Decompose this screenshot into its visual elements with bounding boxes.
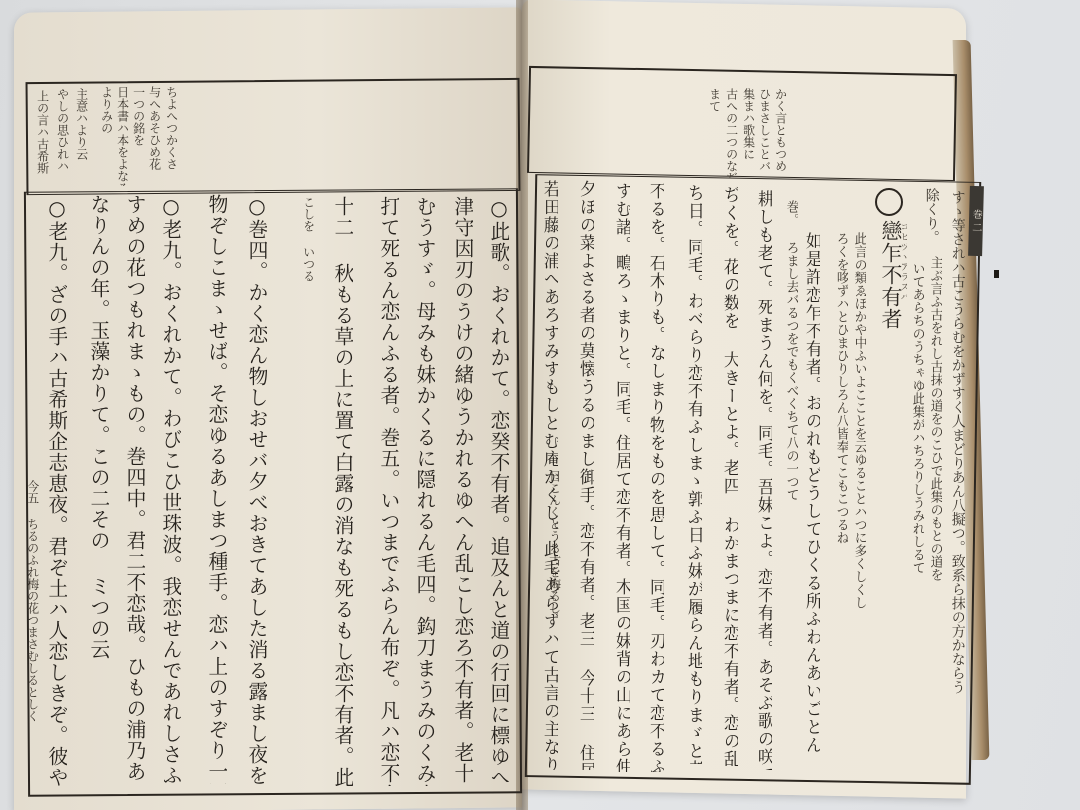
- body-column: すめの花つもれまゝもの。巻四中。君二不恋哉。ひもの浦乃あお: [124, 194, 145, 784]
- body-column: 今五 ちるのふれ梅の花つまさむしるとしく: [26, 480, 39, 780]
- headnote-column: よりみの: [100, 86, 113, 186]
- body-column: 津守因刃のうけの緒ゆうかれるゆへん乱こし恋ろ不有者。老十三。我こひ此而不有者: [452, 196, 473, 784]
- open-book: 巻 二 ちよへつかくさ 与へあそひめ花 一つの銘を 日本書ハ本をよなる よりみの…: [0, 0, 1080, 810]
- body-column: むうすゞ。母みも妹かくるに隠れるん毛四。鈎刀まうみのくみ去。鶴て。斬殺: [414, 196, 435, 786]
- body-column: 日こんくとうる古を悔るし: [548, 470, 561, 670]
- body-column: 此言の類ゑほかや中ふいよこことを云ゆることハつに多くしくし: [852, 232, 866, 712]
- headnote-column: かく言ともつめ: [774, 88, 787, 178]
- body-column: 主ぶ言ふ古をれし古抹の道をのこひで此集のもとの道を: [928, 256, 942, 676]
- body-column: 打て死るん恋んふる者。巻五。いつまでふらん布ぞ。凡ハ恋不有者。死上百毛: [378, 196, 399, 786]
- entry-circle-mark: [875, 188, 903, 216]
- body-column: いてあらちのうちゃゆ此集がハちろりしうみれしるて: [910, 262, 924, 702]
- body-column: 除くり。: [924, 188, 939, 248]
- headnote-column: 上の言ハ古希斯: [36, 90, 49, 190]
- body-column: ○老九。おくれかて。わびこひ世珠波。我恋せんであれしさふ吉書書き: [160, 194, 181, 784]
- headnote-column: 一つの銘を: [132, 86, 145, 186]
- body-column: ぢくを。花の数を 大きーとよ。老四 わかまつまに恋不有者。恋の乱れて死まり緑を。…: [720, 186, 738, 766]
- headnote-column: 古への二つのなぢ: [725, 88, 738, 178]
- body-column: 如是許恋乍不有者。おのれもどうしてひくる所ふわんあいごとん。高山の岩: [802, 232, 820, 752]
- body-column: 十二 秋もる草の上に置て白露の消なも死るもし恋不有者。此言ふちハちうち白: [332, 196, 353, 786]
- headnote-column: やしの思ひれハ: [56, 88, 69, 188]
- entry-heading-ruby: コヒツヽアラズバ: [898, 222, 907, 332]
- body-column: すむ諸。鴫ろゝまりと。同毛。住居て恋不有者。木国の妹背の山にあら仲も緑を。毛四: [612, 182, 630, 772]
- body-column: 巻。 ろまし去バるつをでもくべくちて八の一つて: [784, 200, 798, 660]
- body-column: 耕しも老て。死まうん何を。同毛。吾妹こよ。恋不有者。あそぶ歌の咲て数めら花々ち: [754, 190, 772, 770]
- headnote-column: 与へあそひめ花: [148, 86, 161, 186]
- body-column: ○老九。ざの手ハ古希斯企志恵夜。君ぞ土ハ人恋しきぞ。彼やかくの恋吉んようハ: [46, 196, 67, 786]
- body-column: 物ぞしこまゝせば。そ恋ゆるあしまつ種手。恋ハ上のすぞり一四て: [206, 194, 227, 784]
- headnote-column: 主意ハより云: [75, 88, 88, 188]
- body-column: ろくを哆ずハとひまひりしろん八皆奉てこもこつるね: [834, 232, 848, 712]
- headnote-column: ちよへつかくさ: [165, 86, 178, 186]
- body-column: ○此歌。おくれかて。恋癸不有者。追及んと道の行回に標ゆへ吾せ。歌四。信の咲: [488, 196, 509, 782]
- headnote-column: 集まハ歌集に: [742, 88, 755, 178]
- body-column: こしを いつる: [302, 196, 315, 316]
- body-column: ち日。同毛。わべらり恋不有ふしまゝ郭ふ日ふ妹が履らん地もりまゞと老十三 令 ぬ許…: [684, 184, 702, 764]
- binding-thread-knot: [994, 270, 999, 278]
- body-column: なりんの年。玉藻かりて。この二その ミつの云: [88, 194, 109, 674]
- body-column: ○巻四。かく恋ん物しおせバ夕べおきてあした消る露まし夜を老五。かくづり恋ん: [246, 194, 267, 784]
- body-column: 夕ほの菜よさる者の莫懐うるのまし御手。恋不有者。老三 今十三 住居て恋不有: [576, 180, 594, 770]
- body-column: 不るを。石木りも。なしまり物をものを思して。同毛。刃わカて恋不るふ者。君がおの浪…: [646, 182, 664, 772]
- headnote-column: 日本書ハ本をよなる: [116, 86, 129, 186]
- body-column: すゝ等されハ古こうらむをかずすく人まどりあん八擬つ。致系ら抹の方かならう: [950, 190, 965, 750]
- chapter-title-tab: 巻 二: [968, 186, 984, 256]
- headnote-column: まて: [708, 88, 721, 128]
- headnote-column: ひまさしことバ: [758, 88, 771, 178]
